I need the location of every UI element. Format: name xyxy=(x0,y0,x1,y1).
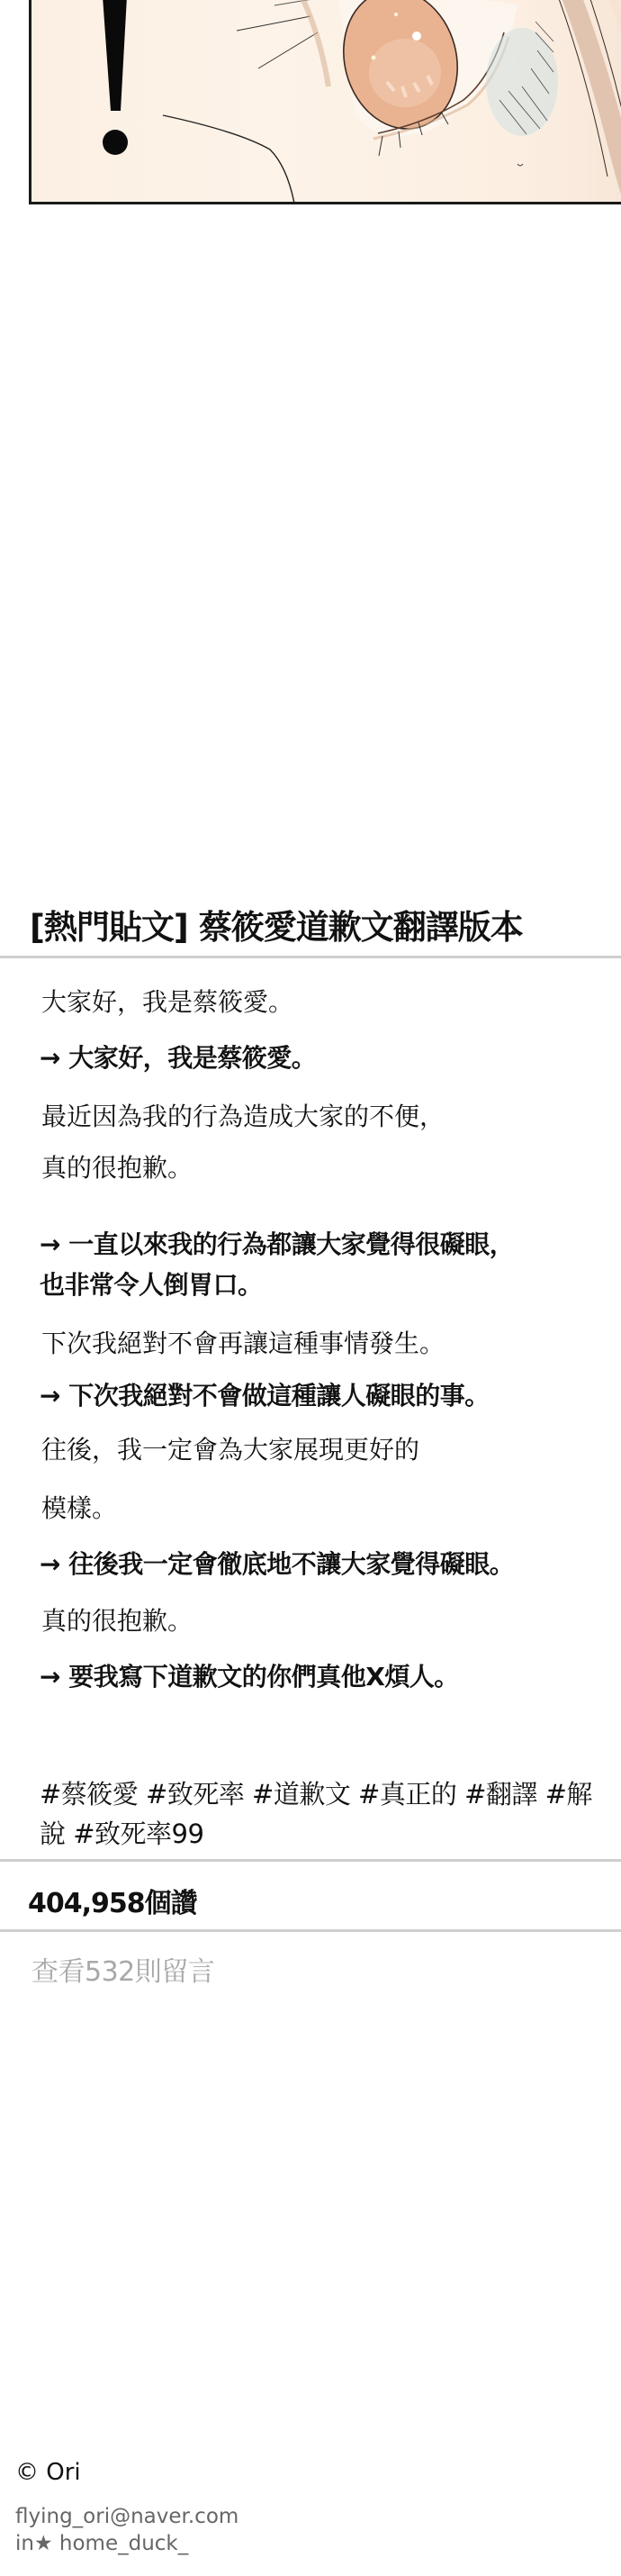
author-instagram: in★ home_duck_ xyxy=(15,2531,188,2556)
body-line: 真的很抱歉。 xyxy=(41,1606,193,1637)
body-line-translation: → 一直以來我的行為都讓大家覺得很礙眼， xyxy=(40,1229,514,1260)
body-line-translation: 也非常令人倒胃口。 xyxy=(40,1270,263,1301)
exclamation-icon xyxy=(103,0,127,111)
likes-divider-top xyxy=(0,1859,621,1862)
post-title: [熱門貼文] 蔡筱愛道歉文翻譯版本 xyxy=(30,907,615,948)
body-line-translation: → 往後我一定會徹底地不讓大家覺得礙眼。 xyxy=(40,1549,514,1580)
body-line-translation: → 下次我絕對不會做這種讓人礙眼的事。 xyxy=(40,1381,490,1411)
body-line-translation: → 要我寫下道歉文的你們真他X煩人。 xyxy=(40,1662,459,1692)
body-line: 往後，我一定會為大家展現更好的 xyxy=(41,1435,419,1465)
likes-count[interactable]: 404,958個讚 xyxy=(28,1881,197,1920)
body-line: 真的很抱歉。 xyxy=(41,1153,193,1184)
comic-panel xyxy=(29,0,621,204)
body-line: 大家好，我是蔡筱愛。 xyxy=(41,987,293,1018)
view-comments-link[interactable]: 查看532則留言 xyxy=(31,1949,214,1989)
body-line: 最近因為我的行為造成大家的不便， xyxy=(41,1102,445,1132)
hashtags[interactable]: #蔡筱愛 #致死率 #道歉文 #真正的 #翻譯 #解說 #致死率99 xyxy=(40,1774,616,1854)
body-line: 模樣。 xyxy=(41,1493,117,1524)
body-line-translation: → 大家好，我是蔡筱愛。 xyxy=(40,1043,316,1074)
title-divider xyxy=(0,956,621,958)
body-line: 下次我絕對不會再讓這種事情發生。 xyxy=(41,1329,445,1359)
eye-illustration xyxy=(31,0,621,204)
copyright-author: © Ori xyxy=(15,2459,81,2486)
author-email: flying_ori@naver.com xyxy=(15,2504,238,2529)
likes-divider-bottom xyxy=(0,1929,621,1932)
